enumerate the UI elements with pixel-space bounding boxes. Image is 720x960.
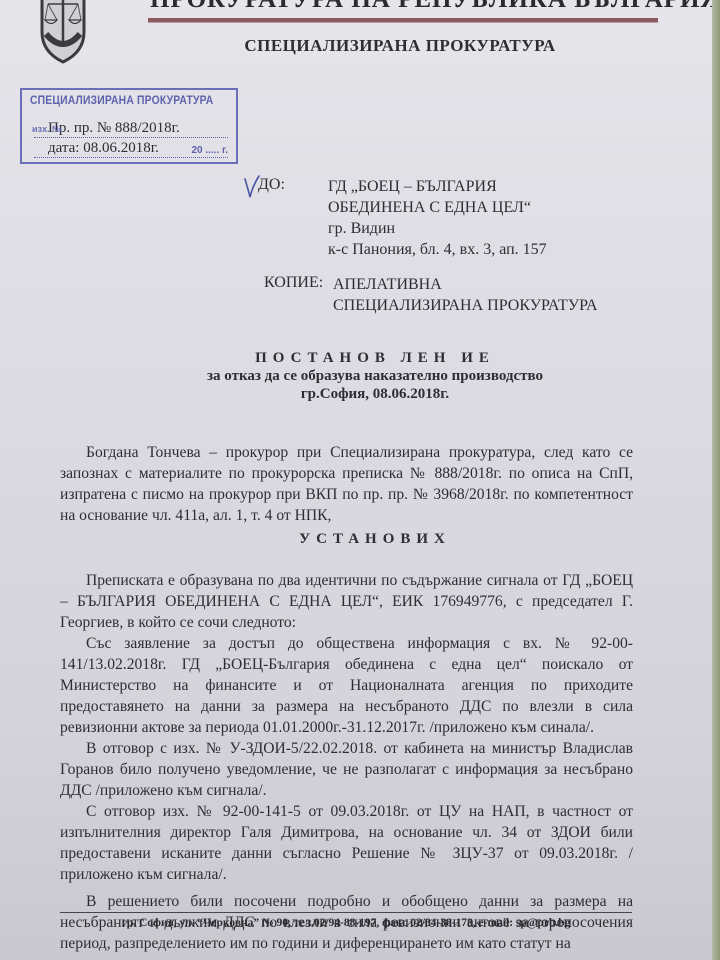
findings-body: Преписката е образувана по два идентични…	[60, 570, 633, 954]
stamp-title: СПЕЦИАЛИЗИРАНА ПРОКУРАТУРА	[30, 95, 213, 107]
recipient-address: ГД „БОЕЦ – БЪЛГАРИЯ ОБЕДИНЕНА С ЕДНА ЦЕЛ…	[328, 176, 547, 260]
footer-contact: гр. София, ул. “Черковна” № 90, тел.02/9…	[60, 917, 632, 929]
stamp-outgoing-label: изх. №	[32, 124, 62, 134]
registration-stamp: СПЕЦИАЛИЗИРАНА ПРОКУРАТУРА изх. № Пр. пр…	[20, 88, 238, 164]
recipient-line: ОБЕДИНЕНА С ЕДНА ЦЕЛ“	[328, 197, 547, 218]
stamp-case-number-line: изх. № Пр. пр. № 888/2018г.	[34, 120, 228, 138]
stamp-date: дата: 08.06.2018г.	[34, 140, 159, 156]
paragraph: Богдана Тончева – прокурор при Специализ…	[60, 442, 633, 526]
department-name: СПЕЦИАЛИЗИРАНА ПРОКУРАТУРА	[150, 36, 650, 56]
background-surface	[712, 0, 720, 960]
copy-line: АПЕЛАТИВНА	[333, 274, 598, 295]
intro-paragraph: Богдана Тончева – прокурор при Специализ…	[60, 442, 633, 526]
letterhead-divider	[148, 18, 658, 23]
document-place-date: гр.София, 08.06.2018г.	[150, 386, 600, 403]
stamp-year: 20 ..... г.	[191, 145, 228, 156]
paragraph: Преписката е образувана по два идентични…	[60, 570, 633, 633]
paragraph: Със заявление за достъп до обществена ин…	[60, 633, 633, 738]
footer-divider	[60, 912, 632, 913]
copy-recipient: АПЕЛАТИВНА СПЕЦИАЛИЗИРАНА ПРОКУРАТУРА	[333, 274, 598, 316]
recipient-line: ГД „БОЕЦ – БЪЛГАРИЯ	[328, 176, 547, 197]
recipient-line: гр. Видин	[328, 218, 547, 239]
section-heading: УСТАНОВИХ	[150, 531, 600, 548]
document-subtitle: за отказ да се образува наказателно прои…	[150, 368, 600, 385]
document-title: ПОСТАНОВ ЛЕН ИЕ	[150, 350, 600, 367]
copy-line: СПЕЦИАЛИЗИРАНА ПРОКУРАТУРА	[333, 295, 598, 316]
scales-of-justice-icon	[38, 0, 88, 64]
recipient-line: к-с Панония, бл. 4, вх. 3, ап. 157	[328, 239, 547, 260]
institution-name: ПРОКУРАТУРА НА РЕПУБЛИКА БЪЛГАРИЯ	[150, 0, 670, 14]
document-page: ПРОКУРАТУРА НА РЕПУБЛИКА БЪЛГАРИЯ СПЕЦИА…	[0, 0, 712, 960]
paragraph: В отговор с изх. № У-ЗДОИ-5/22.02.2018. …	[60, 738, 633, 801]
copy-label: КОПИЕ:	[264, 274, 323, 292]
recipient-label: ДО:	[258, 176, 285, 194]
stamp-date-line: дата: 08.06.2018г. 20 ..... г.	[34, 140, 228, 158]
paragraph: С отговор изх. № 92-00-141-5 от 09.03.20…	[60, 801, 633, 885]
